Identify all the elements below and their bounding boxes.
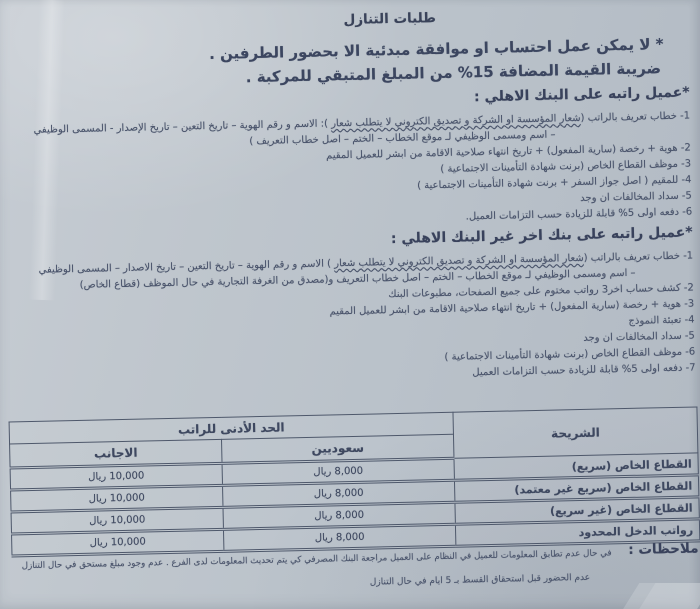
other-bank-requirements-list: 1- خطاب تعريف بالراتب (شعار المؤسسة او ا… [0,249,696,393]
page-title: طلبات التنازل [343,10,436,28]
section-heading-ahli-bank: *عميل راتبه على البنك الاهلي : [474,85,690,106]
item-text: 1- خطاب تعريف بالراتب ( [580,111,690,124]
scanned-document-photo: طلبات التنازل * لا يمكن عمل احتساب او مو… [0,0,700,609]
item-text: 1- خطاب تعريف بالراتب ( [584,251,694,264]
ahli-requirements-list: 1- خطاب تعريف بالراتب (شعار المؤسسة او ا… [0,109,692,237]
section-heading-other-bank: *عميل راتبه على بنك اخر غير البنك الاهلي… [391,225,693,248]
minimum-salary-table: الشريحة الحد الأدنى للراتب سعوديين الاجا… [9,406,700,557]
saudi-min-cell: 8,000 ريال [223,524,455,551]
notes-line-2: عدم الحضور قبل استحقاق القسط بـ 5 ايام ف… [370,573,590,588]
foreign-min-cell: 10,000 ريال [12,529,224,556]
column-header-tier: الشريحة [453,407,698,458]
intro-note-vat: ضريبة القيمة المضافة 15% من المبلغ المتب… [246,59,662,86]
document-content: طلبات التنازل * لا يمكن عمل احتساب او مو… [0,0,700,609]
notes-label: ملاحظات : [628,540,699,558]
intro-note-no-calculation: * لا يمكن عمل احتساب او موافقة مبدئية ال… [209,35,664,63]
